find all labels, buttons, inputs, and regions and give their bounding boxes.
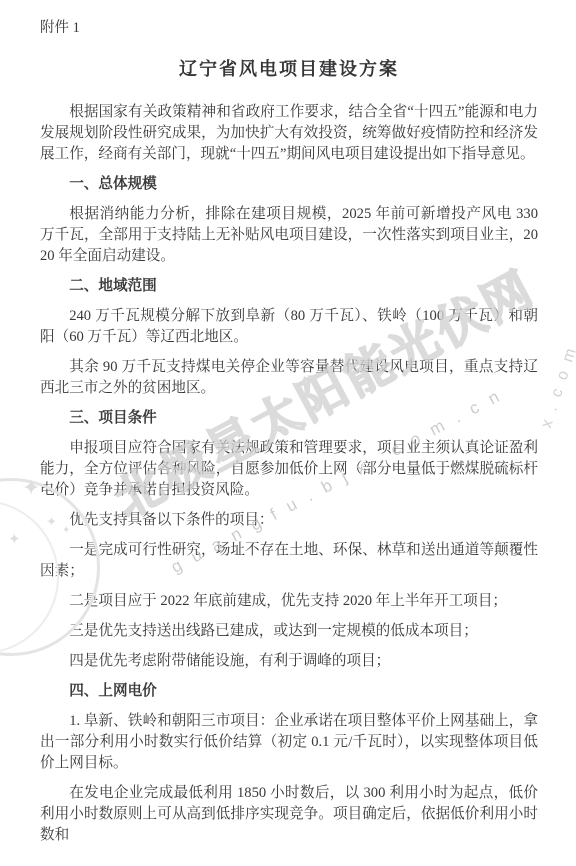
paragraph: 根据消纳能力分析，排除在建项目规模，2025 年前可新增投产风电 330 万千瓦… (40, 204, 538, 267)
paragraph: 其余 90 万千瓦支持煤电关停企业等容量替代建设风电项目，重点支持辽西北三市之外… (40, 357, 538, 399)
paragraph: 1. 阜新、铁岭和朝阳三市项目：企业承诺在项目整体平价上网基础上，拿出一部分利用… (40, 711, 538, 774)
paragraph-condition-4: 四是优先考虑附带储能设施，有利于调峰的项目； (40, 651, 538, 672)
paragraph-condition-2: 二是项目应于 2022 年底前建成，优先支持 2020 年上半年开工项目； (40, 591, 538, 612)
paragraph-condition-1: 一是完成可行性研究，场址不存在土地、环保、林草和送出通道等颠覆性因素； (40, 540, 538, 582)
document-page: ✦ ✦ ✦ ✦ 北极星太阳能光伏网 guangfu.bjx.com.cn x.c… (0, 0, 576, 866)
paragraph: 240 万千瓦规模分解下放到阜新（80 万千瓦）、铁岭（100 万千瓦）和朝阳（… (40, 306, 538, 348)
watermark-url-fragment: x.com.cn (538, 288, 576, 431)
star-icon: ✦ (22, 478, 40, 500)
document-body: 附件 1 辽宁省风电项目建设方案 根据国家有关政策精神和省政府工作要求，结合全省… (40, 18, 538, 855)
paragraph-truncated: 在发电企业完成最低利用 1850 小时数后，以 300 利用小时为起点，低价利用… (40, 783, 538, 846)
paragraph: 优先支持具备以下条件的项目： (40, 510, 538, 531)
paragraph-condition-3: 三是优先支持送出线路已建成，或达到一定规模的低成本项目； (40, 621, 538, 642)
section-heading-4: 四、上网电价 (40, 681, 538, 702)
section-heading-1: 一、总体规模 (40, 174, 538, 195)
page-title: 辽宁省风电项目建设方案 (40, 56, 538, 82)
attachment-label: 附件 1 (40, 18, 538, 39)
section-heading-3: 三、项目条件 (40, 408, 538, 429)
paragraph-intro: 根据国家有关政策精神和省政府工作要求，结合全省“十四五”能源和电力发展规划阶段性… (40, 102, 538, 165)
paragraph: 申报项目应符合国家有关法规政策和管理要求，项目业主须认真论证盈利能力，全方位评估… (40, 438, 538, 501)
star-icon: ✦ (8, 532, 21, 547)
section-heading-2: 二、地域范围 (40, 276, 538, 297)
